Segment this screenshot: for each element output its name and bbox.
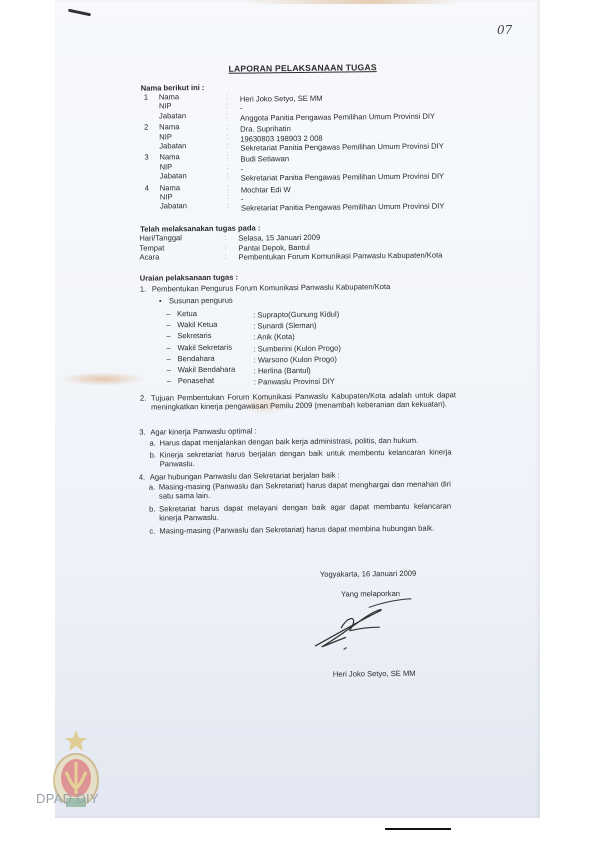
item1-text: Pembentukan Pengurus Forum Komunikasi Pa… [152, 282, 391, 293]
person-number: 1 [144, 93, 148, 102]
person-field-label: Jabatan [160, 171, 187, 180]
item1-bullet: Susunan pengurus [169, 296, 233, 306]
colon: : [226, 131, 228, 140]
person-field-label: NIP [160, 192, 173, 201]
colon: : [227, 192, 229, 201]
colon: : [226, 92, 228, 101]
dash-icon: – [166, 309, 170, 318]
person-field-label: NIP [160, 162, 173, 171]
person-field-label: Jabatan [159, 111, 186, 120]
document-body: LAPORAN PELAKSANAAN TUGAS Nama berikut i… [0, 0, 595, 842]
colon: : [226, 101, 228, 110]
sub-letter: b. [149, 505, 155, 514]
sub-letter: a. [149, 483, 155, 492]
person-field-value: - [241, 164, 244, 173]
pengurus-name: : Panwaslu Provinsi DIY [254, 377, 335, 387]
pengurus-name: : Warsono (Kulon Progo) [254, 354, 337, 364]
person-field-value: - [240, 104, 243, 113]
pengurus-role: Penasehat [178, 376, 214, 385]
dash-icon: – [166, 343, 170, 352]
person-field-label: NIP [159, 132, 172, 141]
pengurus-name: : Suprapto(Gunung Kidul) [253, 310, 339, 320]
person-field-value: Sekretariat Panitia Pengawas Pemilihan U… [240, 141, 444, 152]
dash-icon: – [167, 354, 171, 363]
bullet-icon: • [159, 296, 162, 305]
person-field-value: Heri Joko Setyo, SE MM [240, 94, 323, 104]
person-field-value: Anggota Panitia Pengawas Pemilihan Umum … [240, 111, 435, 122]
task-header: Telah melaksanakan tugas pada : [140, 223, 260, 233]
colon: : [227, 171, 229, 180]
sub-text: Masing-masing (Panwaslu dan Sekretariat)… [159, 479, 451, 500]
pengurus-role: Ketua [177, 309, 197, 318]
dash-icon: – [166, 332, 170, 341]
item2-text: Tujuan Pembentukan Forum Komunikasi Panw… [151, 390, 456, 411]
colon: : [226, 162, 228, 171]
item2-number: 2. [140, 394, 146, 403]
person-field-label: NIP [159, 102, 172, 111]
person-number: 2 [144, 123, 148, 132]
person-field-label: Nama [159, 122, 179, 131]
bottom-rule [385, 828, 451, 830]
person-field-value: Dra. Suprihatin [240, 124, 291, 134]
person-field-value: - [241, 195, 244, 204]
person-field-value: Budi Setiawan [240, 154, 289, 164]
person-field-label: Nama [160, 183, 180, 192]
task-label: Acara [139, 252, 159, 261]
sub-text: Sekretariat harus dapat melayani dengan … [159, 501, 451, 522]
pengurus-role: Bendahara [178, 354, 215, 363]
person-field-label: Jabatan [160, 202, 187, 211]
person-field-value: 19630803 198903 2 008 [240, 133, 322, 143]
signature-place-date: Yogyakarta, 16 Januari 2009 [320, 569, 416, 579]
watermark-text: DPAD DIY [36, 791, 99, 806]
person-field-value: Sekretariat Panitia Pengawas Pemilihan U… [241, 202, 445, 213]
item3-text: Agar kinerja Panwaslu optimal : [150, 426, 256, 436]
sub-text: Kinerja sekretariat harus berjalan denga… [160, 447, 452, 468]
colon: : [226, 122, 228, 131]
document-title: LAPORAN PELAKSANAAN TUGAS [228, 63, 376, 74]
person-field-label: Nama [159, 92, 179, 101]
sub-letter: b. [150, 451, 156, 460]
task-value: Pembentukan Forum Komunikasi Panwaslu Ka… [238, 251, 442, 262]
pengurus-name: : Sumberini (Kulon Progo) [253, 343, 340, 353]
person-field-label: Jabatan [159, 141, 186, 150]
pengurus-role: Wakil Ketua [177, 320, 217, 329]
item3-number: 3. [139, 428, 145, 437]
person-field-value: Mochtar Edi W [241, 185, 291, 195]
colon: : [224, 252, 226, 261]
dash-icon: – [166, 321, 170, 330]
colon: : [227, 182, 229, 191]
task-value: Selasa, 15 Januari 2009 [238, 233, 320, 243]
sub-text: Harus dapat menjalankan dengan baik kerj… [159, 435, 451, 447]
task-value: Pantai Depok, Bantul [238, 242, 309, 252]
uraian-header: Uraian pelaksanaan tugas : [140, 273, 238, 283]
pengurus-role: Wakil Bendahara [178, 365, 236, 375]
colon: : [224, 242, 226, 251]
sub-text: Masing-masing (Panwaslu dan Sekretariat)… [159, 523, 451, 535]
item4-number: 4. [139, 473, 145, 482]
item1-number: 1. [140, 285, 146, 294]
sub-letter: c. [149, 527, 155, 536]
person-number: 4 [145, 183, 149, 192]
sub-letter: a. [149, 439, 155, 448]
pengurus-name: : Herlina (Bantul) [254, 366, 311, 376]
colon: : [226, 111, 228, 120]
intro-label: Nama berikut ini : [141, 83, 205, 93]
task-label: Hari/Tanggal [139, 233, 182, 242]
pengurus-name: : Anik (Kota) [253, 332, 294, 341]
pengurus-role: Sekretaris [177, 331, 211, 340]
handwritten-signature [307, 597, 418, 658]
colon: : [227, 201, 229, 210]
person-field-label: Nama [159, 153, 179, 162]
colon: : [224, 233, 226, 242]
signature-name: Heri Joko Setyo, SE MM [333, 669, 416, 679]
dash-icon: – [167, 377, 171, 386]
person-field-value: Sekretariat Panitia Pengawas Pemilihan U… [241, 172, 445, 183]
person-number: 3 [144, 153, 148, 162]
pengurus-role: Wakil Sekretaris [177, 342, 232, 352]
colon: : [226, 141, 228, 150]
pengurus-name: : Sunardi (Sleman) [253, 321, 316, 331]
colon: : [226, 152, 228, 161]
dash-icon: – [167, 365, 171, 374]
task-label: Tempat [139, 243, 164, 252]
